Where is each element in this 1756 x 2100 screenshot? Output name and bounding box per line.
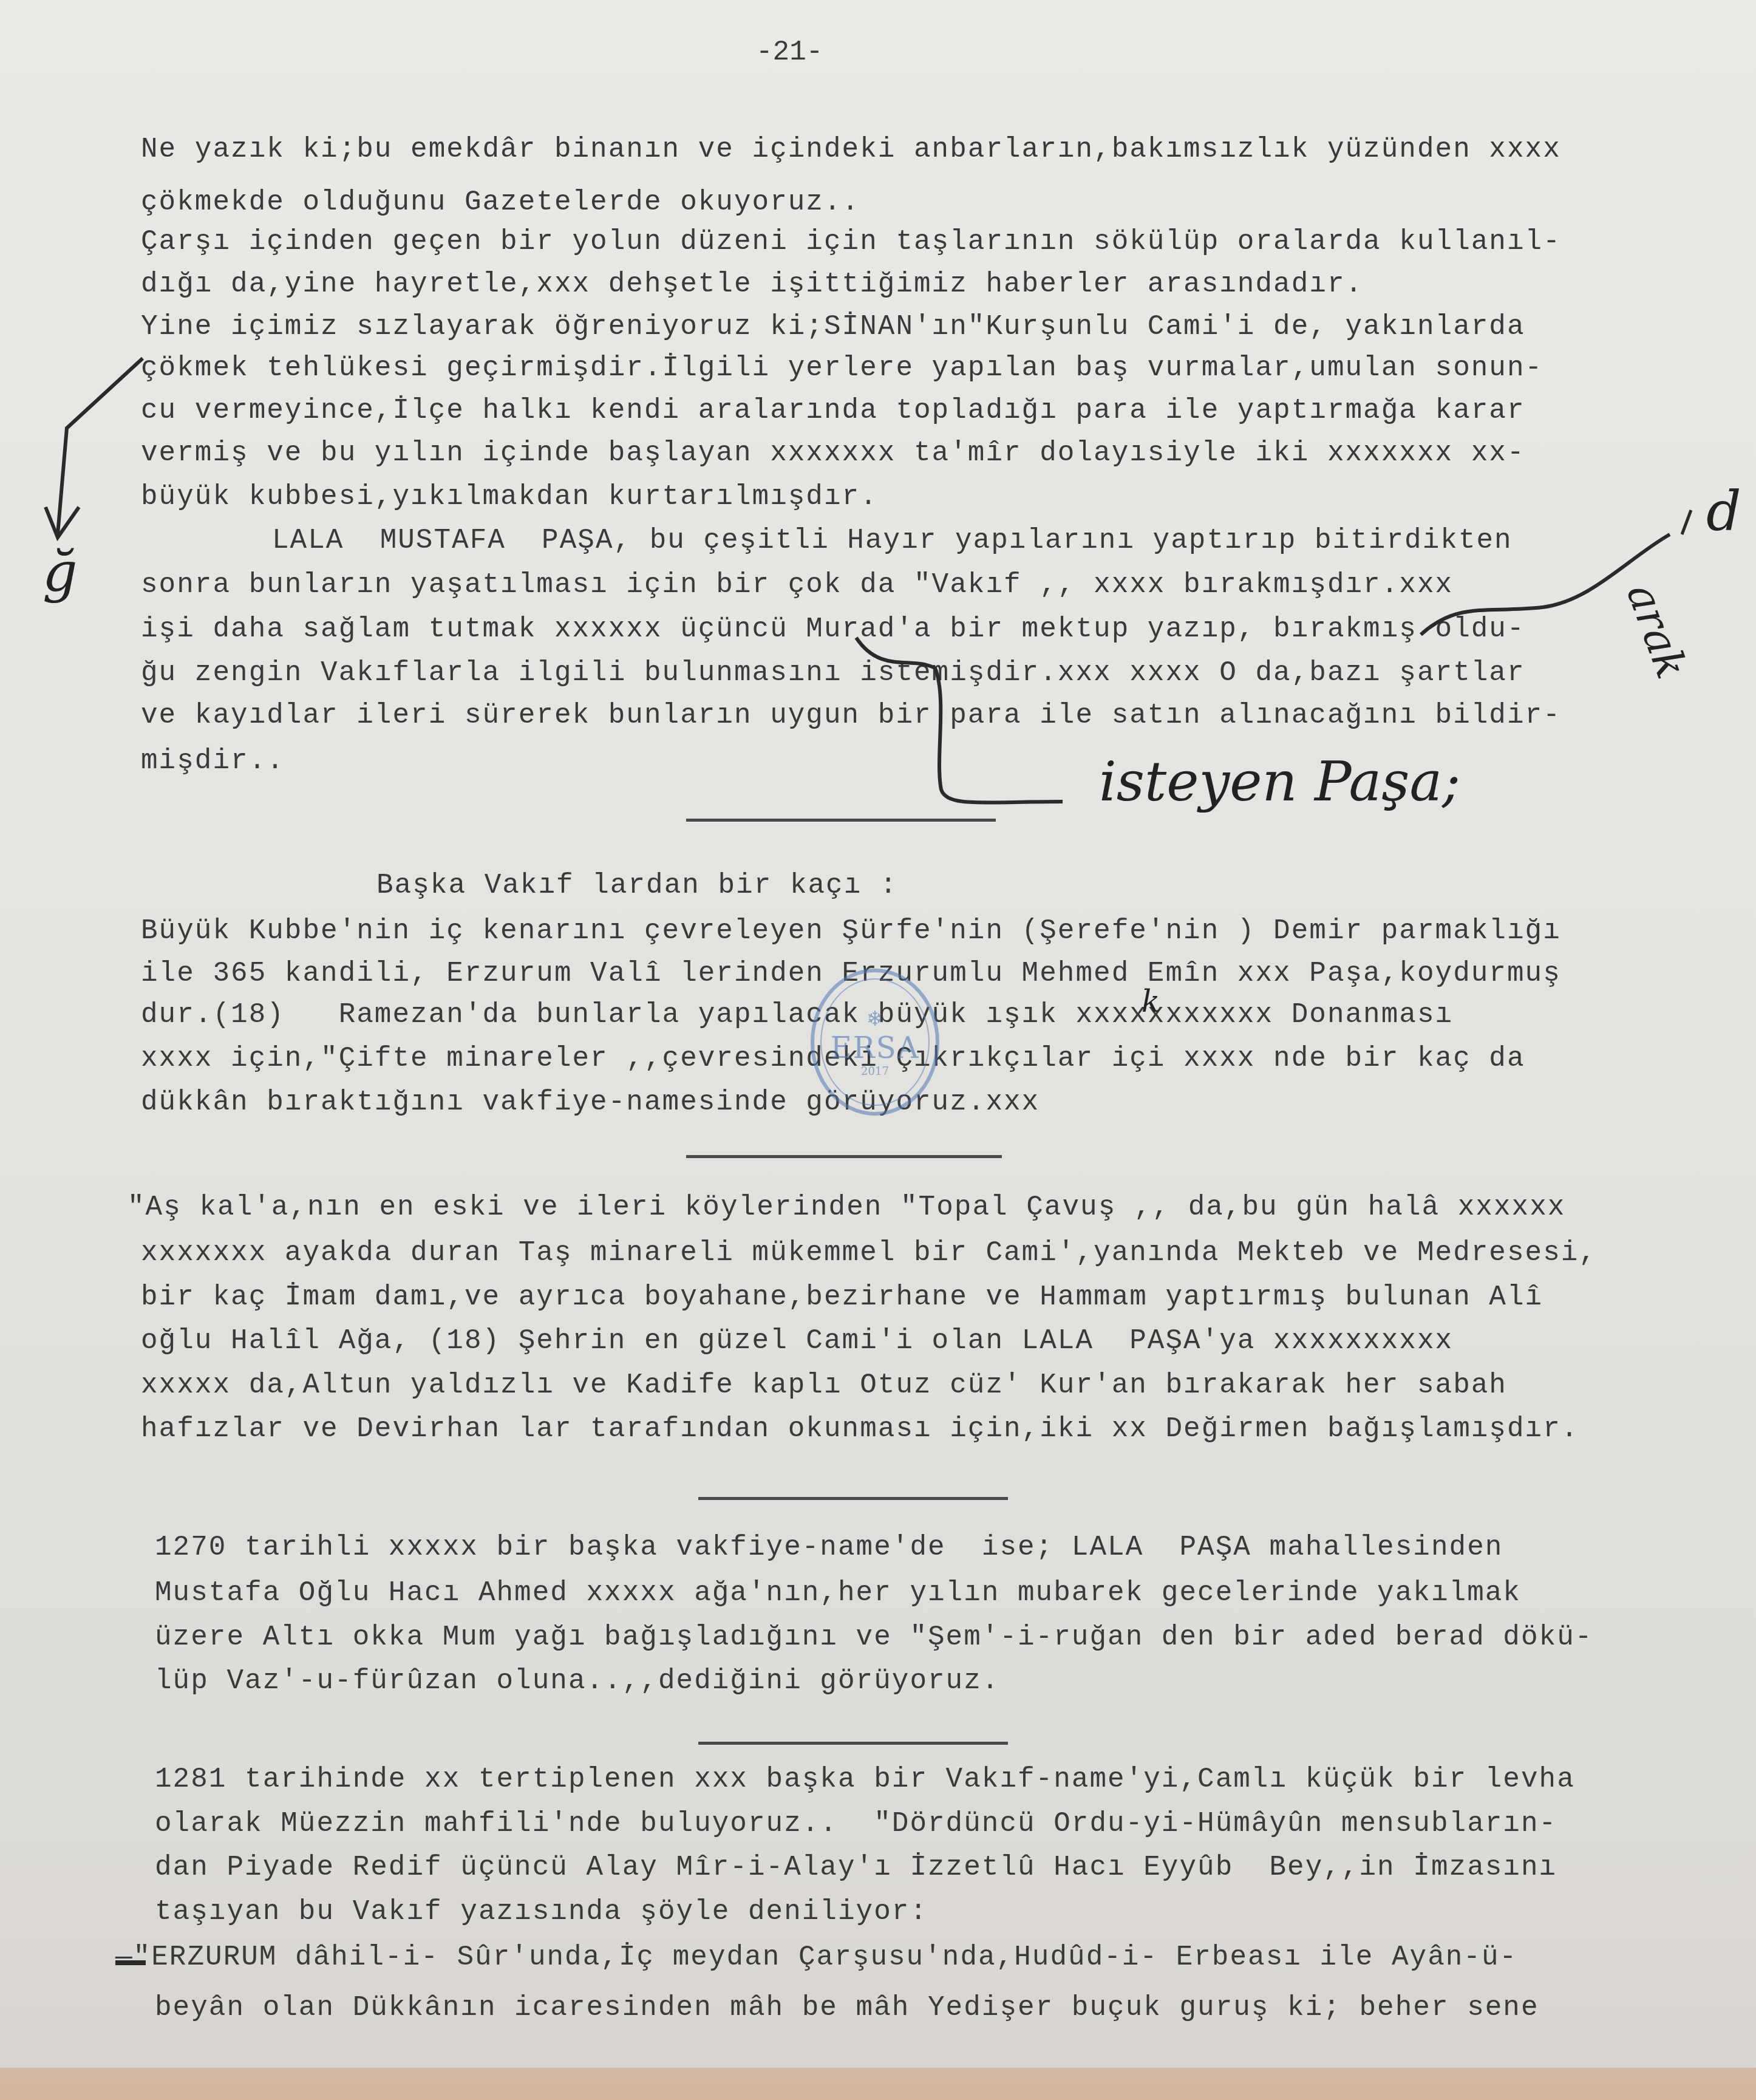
- ersa-archive-stamp: ❄ ERSA 2017: [811, 969, 939, 1116]
- table-surface: [0, 2068, 1756, 2100]
- typewritten-page: -21- Ne yazık ki;bu emekdâr binanın ve i…: [0, 0, 1756, 2077]
- stamp-inner-ring: [820, 978, 930, 1106]
